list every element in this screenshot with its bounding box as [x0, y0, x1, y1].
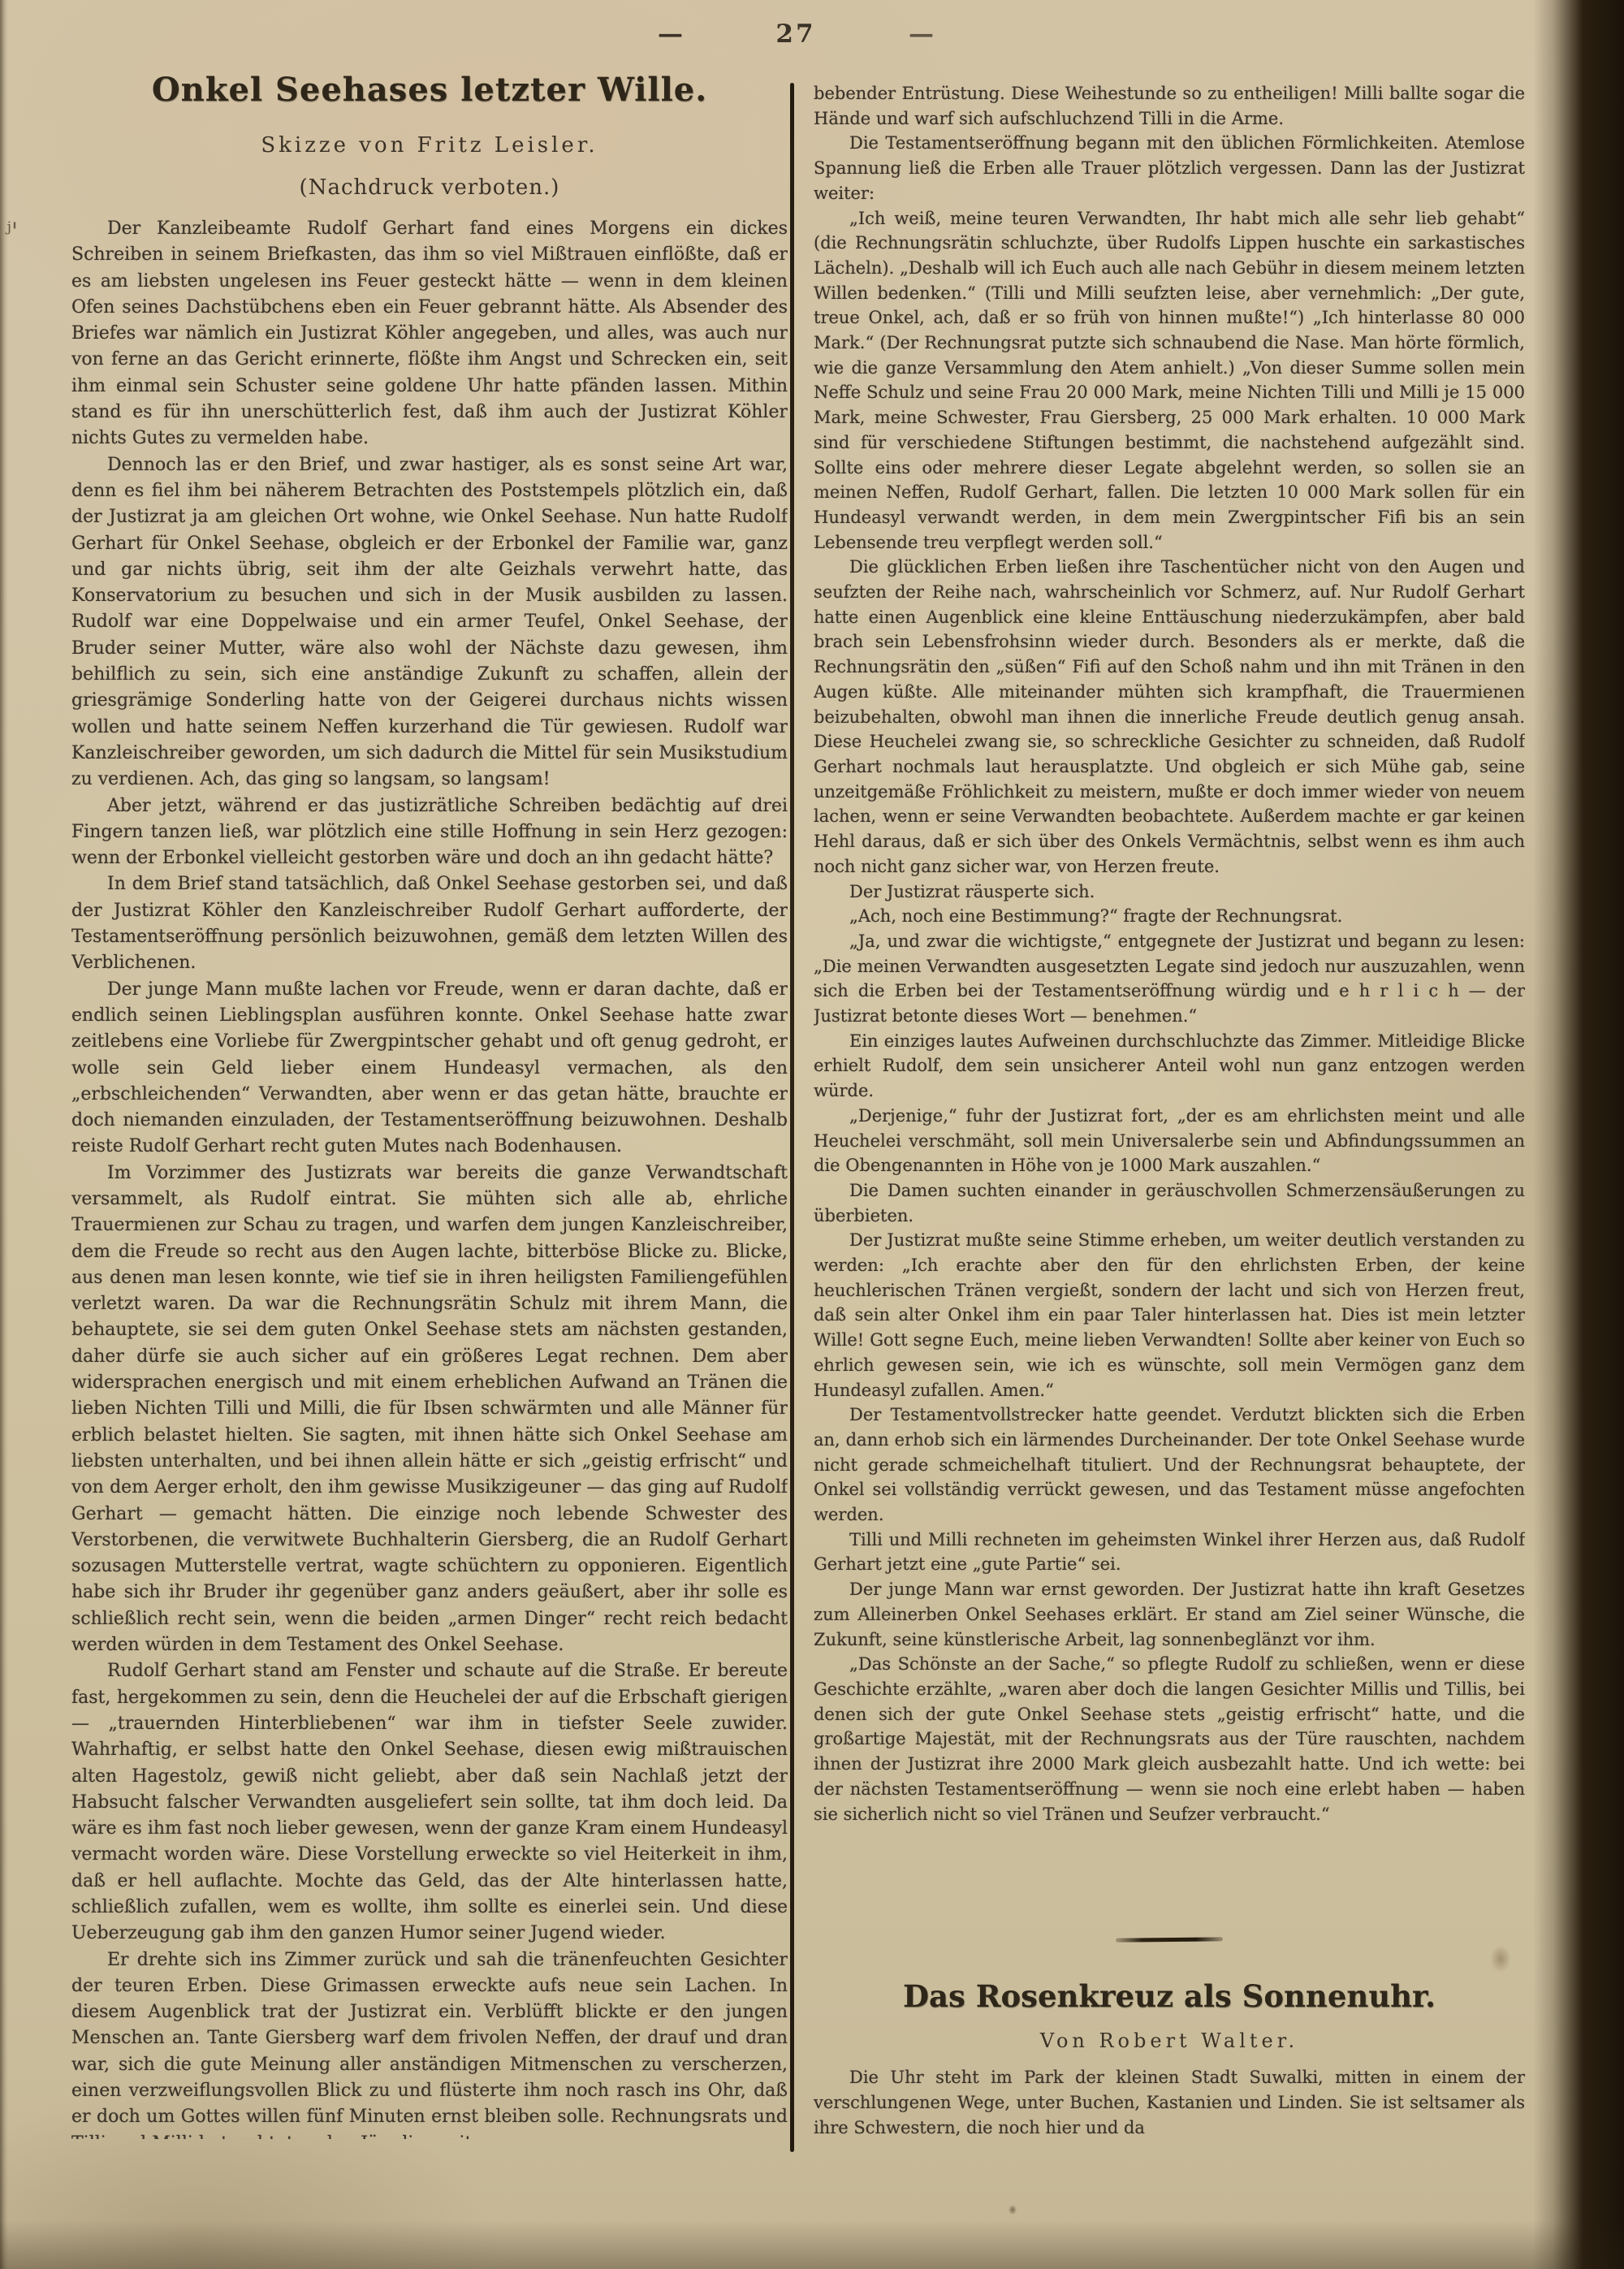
second-article: Das Rosenkreuz als Sonnenuhr. Von Robert…	[814, 1938, 1525, 2141]
article1-body-right: bebender Entrüstung. Diese Weihestunde s…	[814, 81, 1525, 1826]
scan-edge-bottom	[0, 2220, 1624, 2269]
paragraph: „Ja, und zwar die wichtigste,“ entgegnet…	[814, 929, 1525, 1029]
paragraph: „Das Schönste an der Sache,“ so pflegte …	[814, 1652, 1525, 1826]
paragraph: Er drehte sich ins Zimmer zurück und sah…	[71, 1947, 788, 2139]
paragraph: Dennoch las er den Brief, und zwar hasti…	[71, 452, 788, 793]
paragraph: bebender Entrüstung. Diese Weihestunde s…	[814, 81, 1525, 131]
page-header: — 27 —	[658, 19, 934, 49]
paragraph: Der Justizrat räusperte sich.	[814, 880, 1525, 905]
reprint-notice: (Nachdruck verboten.)	[71, 175, 788, 200]
scan-edge-left	[0, 0, 8, 2269]
column-divider-rule	[790, 83, 794, 2152]
paragraph: Der Justizrat mußte seine Stimme erheben…	[814, 1228, 1525, 1402]
paragraph: Der junge Mann war ernst geworden. Der J…	[814, 1577, 1525, 1652]
article1-title: Onkel Seehases letzter Wille.	[71, 71, 788, 109]
article2-title: Das Rosenkreuz als Sonnenuhr.	[814, 1979, 1525, 2013]
article1-subtitle: Skizze von Fritz Leisler.	[71, 133, 788, 158]
paragraph: Tilli und Milli rechneten im geheimsten …	[814, 1528, 1525, 1577]
paragraph: Der Kanzleibeamte Rudolf Gerhart fand ei…	[71, 216, 788, 452]
paragraph: Aber jetzt, während er das justizrätlich…	[71, 793, 788, 872]
paragraph: Ein einziges lautes Aufweinen durchschlu…	[814, 1029, 1525, 1104]
article-divider-rule	[1116, 1937, 1223, 1942]
paragraph: „Derjenige,“ fuhr der Justizrat fort, „d…	[814, 1104, 1525, 1178]
header-dash-left: —	[658, 19, 683, 49]
article2-body: Die Uhr steht im Park der kleinen Stadt …	[814, 2065, 1525, 2141]
right-column: bebender Entrüstung. Diese Weihestunde s…	[814, 81, 1525, 1928]
paragraph: „Ach, noch eine Bestimmung?“ fragte der …	[814, 904, 1525, 929]
paragraph: In dem Brief stand tatsächlich, daß Onke…	[71, 871, 788, 976]
paragraph: „Ich weiß, meine teuren Verwandten, Ihr …	[814, 206, 1525, 555]
left-column: Onkel Seehases letzter Wille. Skizze von…	[71, 67, 788, 2139]
paragraph: Die Damen suchten einander in geräuschvo…	[814, 1178, 1525, 1228]
paragraph: Der Testamentvollstrecker hatte geendet.…	[814, 1402, 1525, 1528]
scan-edge-right	[1533, 0, 1624, 2269]
article2-byline: Von Robert Walter.	[814, 2029, 1525, 2052]
paragraph: Die Uhr steht im Park der kleinen Stadt …	[814, 2065, 1525, 2141]
paragraph: Im Vorzimmer des Justizrats war bereits …	[71, 1160, 788, 1659]
paragraph: Rudolf Gerhart stand am Fenster und scha…	[71, 1658, 788, 1947]
paragraph: Der junge Mann mußte lachen vor Freude, …	[71, 977, 788, 1160]
newspaper-page: ʲ' — 27 — Onkel Seehases letzter Wille. …	[0, 0, 1624, 2269]
paragraph: Die glücklichen Erben ließen ihre Tasche…	[814, 555, 1525, 879]
page-number: 27	[775, 19, 815, 49]
ink-speck	[1009, 2205, 1017, 2215]
header-dash-right: —	[909, 19, 934, 49]
paragraph: Die Testamentseröffnung begann mit den ü…	[814, 131, 1525, 205]
article1-body-left: Der Kanzleibeamte Rudolf Gerhart fand ei…	[71, 216, 788, 2139]
margin-pen-mark: ʲ'	[5, 218, 16, 255]
